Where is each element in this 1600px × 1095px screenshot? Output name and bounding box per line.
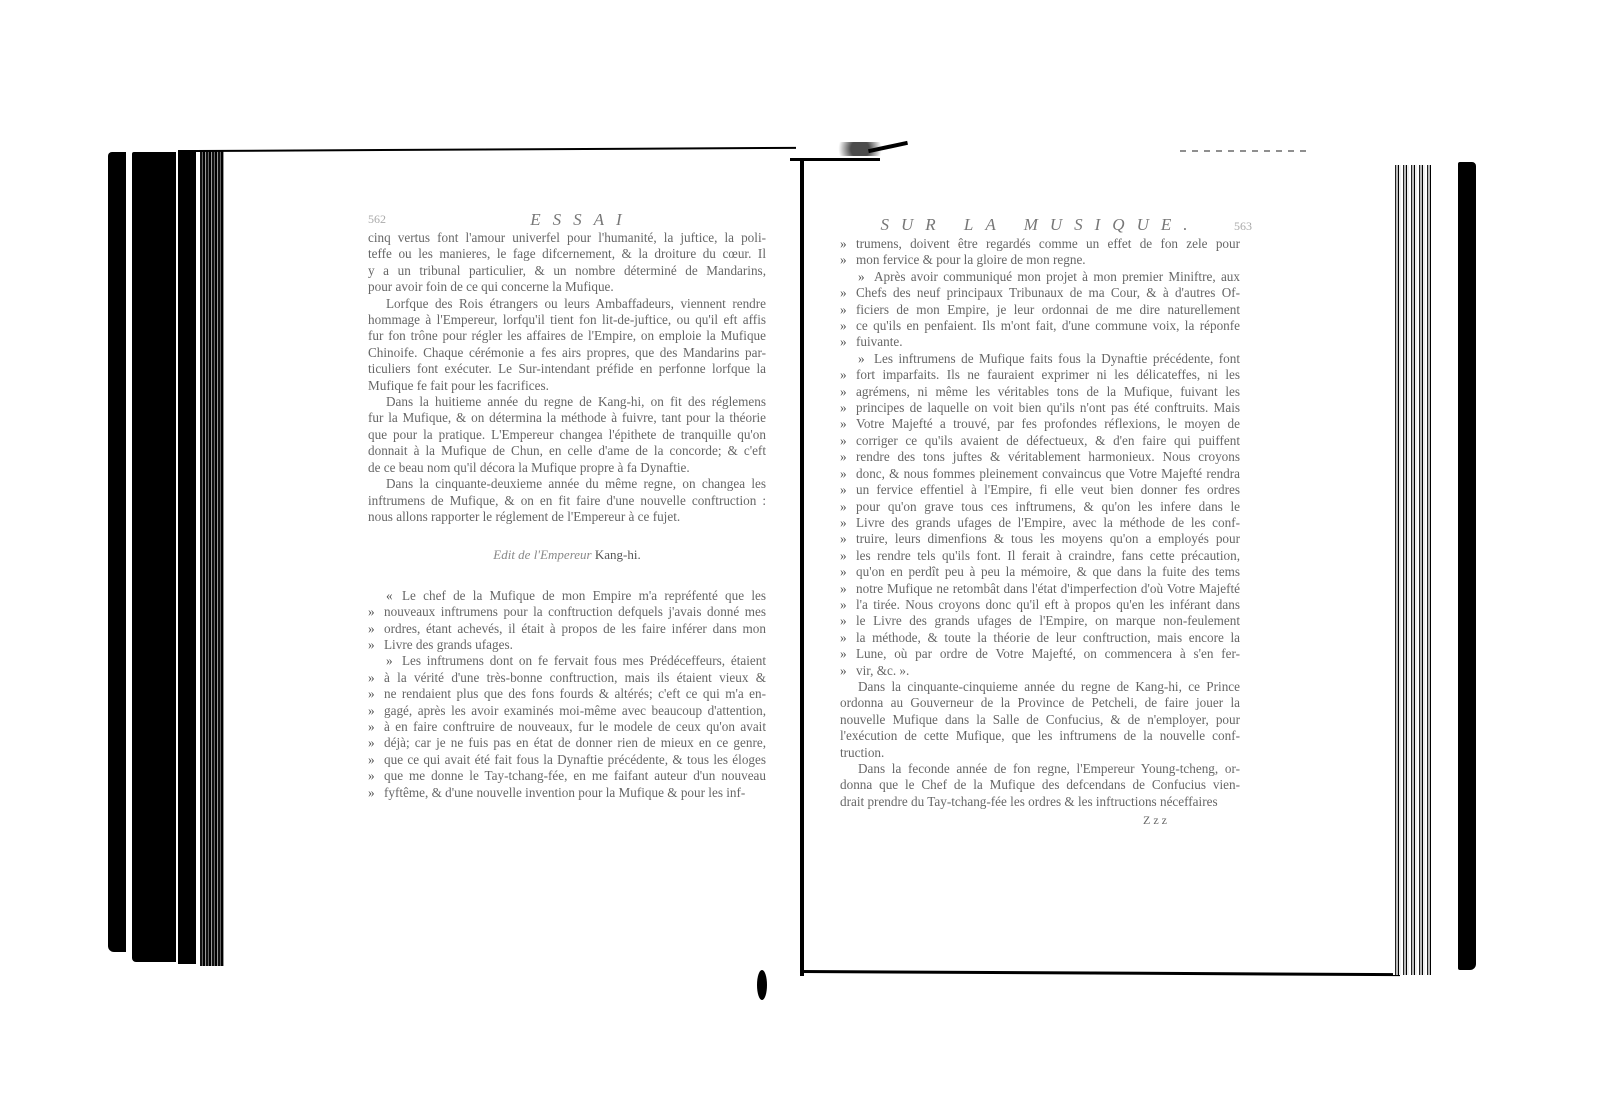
quoted-line: »Votre Majefté a trouvé, par fes profond… <box>840 416 1240 432</box>
guillemet: » <box>858 351 874 367</box>
quoted-line: »la méthode, & toute la théorie de leur … <box>840 630 1240 646</box>
text-line: que pour la pratique. L'Empereur changea… <box>368 427 766 443</box>
text-line: Dans la cinquante-deuxieme année du même… <box>368 476 766 492</box>
guillemet: » <box>840 597 856 613</box>
text-line: ordonna au Gouverneur de la Province de … <box>840 695 1240 711</box>
left-page-header: 562 ESSAI <box>368 210 766 230</box>
guillemet: » <box>368 719 384 735</box>
quoted-paragraph: »trumens, doivent être regardés comme un… <box>840 236 1240 269</box>
guillemet: » <box>840 499 856 515</box>
quoted-line: »Livre des grands ufages. <box>368 637 766 653</box>
quoted-line: »à en faire conftruire de nouveaux, fur … <box>368 719 766 735</box>
quoted-line: »Les inftrumens de Mufique faits fous la… <box>840 351 1240 367</box>
edict-heading: Edit de l'Empereur Kang-hi. <box>368 547 766 563</box>
guillemet: » <box>840 318 856 334</box>
quoted-text: fuivante. <box>856 334 903 349</box>
quoted-text: Les inftrumens dont on fe fervait fous m… <box>402 653 766 668</box>
quoted-text: un fervice effentiel à l'Empire, fi elle… <box>856 482 1240 497</box>
guillemet: » <box>840 466 856 482</box>
quoted-line: »Chefs des neuf principaux Tribunaux de … <box>840 285 1240 301</box>
text-line: nouvelle Mufique dans la Salle de Confuc… <box>840 712 1240 728</box>
quoted-line: »le Livre des grands ufages de l'Empire,… <box>840 613 1240 629</box>
quoted-text: nouveaux inftrumens pour la conftruction… <box>384 604 766 619</box>
quoted-text: les rendre tels qu'ils font. Il ferait à… <box>856 548 1240 563</box>
guillemet: » <box>840 531 856 547</box>
guillemet: » <box>840 302 856 318</box>
guillemet: » <box>840 581 856 597</box>
quoted-text: Chefs des neuf principaux Tribunaux de m… <box>856 285 1240 300</box>
guillemet: » <box>368 670 384 686</box>
quoted-paragraph: »Les inftrumens de Mufique faits fous la… <box>840 351 1240 679</box>
text-line: inftrumens de Mufique, & on en fit faire… <box>368 493 766 509</box>
text-line: Dans la huitieme année du regne de Kang-… <box>368 394 766 410</box>
quoted-text: donc, & nous fommes pleinement convaincu… <box>856 466 1240 481</box>
guillemet: » <box>386 653 402 669</box>
text-line: cinq vertus font l'amour univerfel pour … <box>368 230 766 246</box>
text-line: teffe ou les manieres, le fage difcernem… <box>368 246 766 262</box>
quoted-text: truire, leurs dimenfions & tous les moye… <box>856 531 1240 546</box>
page-number: 563 <box>1234 219 1252 234</box>
guillemet: » <box>840 236 856 252</box>
left-cover-edge <box>108 152 126 952</box>
quoted-text: Les inftrumens de Mufique faits fous la … <box>874 351 1240 366</box>
quoted-text: ne rendaient plus que des fons fourds & … <box>384 686 766 701</box>
guillemet: » <box>858 269 874 285</box>
quoted-line: »fort imparfaits. Ils ne fauraient expri… <box>840 367 1240 383</box>
guillemet: » <box>368 686 384 702</box>
quoted-text: Livre des grands ufages de l'Empire, ave… <box>856 515 1240 530</box>
right-cover-edge <box>1458 162 1476 970</box>
quoted-paragraph: «Le chef de la Mufique de mon Empire m'a… <box>368 588 766 654</box>
quoted-line: »vir, &c. ». <box>840 663 1240 679</box>
text-line: hommage à l'Empereur, lorfqu'il tient fo… <box>368 312 766 328</box>
quoted-line: »mon fervice & pour la gloire de mon reg… <box>840 252 1240 268</box>
guillemet: » <box>368 604 384 620</box>
quoted-line: »nouveaux inftrumens pour la conftructio… <box>368 604 766 620</box>
paragraph: Lorfque des Rois étrangers ou leurs Amba… <box>368 296 766 394</box>
paragraph: Dans la huitieme année du regne de Kang-… <box>368 394 766 476</box>
quoted-line: »agrémens, ni même les véritables tons d… <box>840 384 1240 400</box>
quoted-text: principes de laquelle on voit bien qu'il… <box>856 400 1240 415</box>
guillemet: » <box>368 621 384 637</box>
guillemet: » <box>840 613 856 629</box>
quoted-paragraph: »Après avoir communiqué mon projet à mon… <box>840 269 1240 351</box>
quoted-line: »donc, & nous fommes pleinement convainc… <box>840 466 1240 482</box>
left-page-body: cinq vertus font l'amour univerfel pour … <box>368 230 766 801</box>
quoted-text: Livre des grands ufages. <box>384 637 513 652</box>
quoted-line: »l'a tirée. Nous croyons donc qu'il eft … <box>840 597 1240 613</box>
guillemet: » <box>368 785 384 801</box>
quoted-text: Votre Majefté a trouvé, par fes profonde… <box>856 416 1240 431</box>
quoted-text: ordres, étant achevés, il était à propos… <box>384 621 766 636</box>
guillemet: » <box>368 703 384 719</box>
right-page-body: »trumens, doivent être regardés comme un… <box>840 236 1240 829</box>
right-page-gutter-edge <box>800 158 804 976</box>
edict-heading-prefix: Edit de l'Empereur <box>493 547 595 562</box>
quoted-line: »les rendre tels qu'ils font. Il ferait … <box>840 548 1240 564</box>
quoted-text: Le chef de la Mufique de mon Empire m'a … <box>402 588 766 603</box>
quoted-text: à la vérité d'une très-bonne conftructio… <box>384 670 766 685</box>
text-line: y a un tribunal particulier, & un nombre… <box>368 263 766 279</box>
quoted-line: »Les inftrumens dont on fe fervait fous … <box>368 653 766 669</box>
text-line: donna que le Chef de la Mufique des defc… <box>840 777 1240 793</box>
quoted-line: «Le chef de la Mufique de mon Empire m'a… <box>368 588 766 604</box>
paragraph: Dans la feconde année de fon regne, l'Em… <box>840 761 1240 810</box>
text-line: fur fon trône pour régler les affaires d… <box>368 328 766 344</box>
paragraph: Dans la cinquante-deuxieme année du même… <box>368 476 766 525</box>
guillemet: » <box>368 768 384 784</box>
quoted-text: le Livre des grands ufages de l'Empire, … <box>856 613 1240 628</box>
quoted-text: déjà; car je ne fuis pas en état de donn… <box>384 735 766 750</box>
quoted-line: »déjà; car je ne fuis pas en état de don… <box>368 735 766 751</box>
right-page-header: SUR LA MUSIQUE. 563 <box>840 215 1240 235</box>
right-page-stack <box>1393 165 1431 975</box>
quoted-line: »que me donne le Tay-tchang-fée, en me f… <box>368 768 766 784</box>
guillemet: » <box>840 384 856 400</box>
quoted-text: notre Mufique ne retombât dans l'état d'… <box>856 581 1240 596</box>
quoted-text: trumens, doivent être regardés comme un … <box>856 236 1240 251</box>
guillemet: » <box>840 285 856 301</box>
text-line: fur la Mufique, & on détermina la méthod… <box>368 410 766 426</box>
guillemet: » <box>840 482 856 498</box>
left-binding-strip <box>178 150 196 964</box>
quoted-text: rendre des tons juftes & véritablement h… <box>856 449 1240 464</box>
quoted-line: »fuivante. <box>840 334 1240 350</box>
quoted-text: gagé, après les avoir examinés moi-même … <box>384 703 766 718</box>
guillemet: » <box>368 735 384 751</box>
quoted-text: à en faire conftruire de nouveaux, fur l… <box>384 719 766 734</box>
guillemet: » <box>840 334 856 350</box>
quoted-text: Après avoir communiqué mon projet à mon … <box>874 269 1240 284</box>
text-line: Lorfque des Rois étrangers ou leurs Amba… <box>368 296 766 312</box>
quoted-text: vir, &c. ». <box>856 663 909 678</box>
quoted-paragraph: »Les inftrumens dont on fe fervait fous … <box>368 653 766 801</box>
edict-heading-name: Kang-hi. <box>595 547 641 562</box>
guillemet: » <box>840 433 856 449</box>
guillemet: » <box>368 752 384 768</box>
text-line: pour avoir foin de ce qui concerne la Mu… <box>368 279 766 295</box>
text-line: donnait à la Mufique de Chun, en celle d… <box>368 443 766 459</box>
quoted-text: corriger ce qu'ils avaient de défectueux… <box>856 433 1240 448</box>
quoted-text: agrémens, ni même les véritables tons de… <box>856 384 1240 399</box>
quoted-line: »trumens, doivent être regardés comme un… <box>840 236 1240 252</box>
quoted-line: »pour qu'on grave tous ces inftrumens, &… <box>840 499 1240 515</box>
guillemet: » <box>840 515 856 531</box>
quoted-line: »Livre des grands ufages de l'Empire, av… <box>840 515 1240 531</box>
quoted-line: »gagé, après les avoir examinés moi-même… <box>368 703 766 719</box>
text-line: nous allons rapporter le réglement de l'… <box>368 509 766 525</box>
quoted-line: »rendre des tons juftes & véritablement … <box>840 449 1240 465</box>
guillemet: » <box>840 646 856 662</box>
quoted-line: »à la vérité d'une très-bonne conftructi… <box>368 670 766 686</box>
text-line: Mufique fe fait pour les facrifices. <box>368 378 766 394</box>
quoted-text: mon fervice & pour la gloire de mon regn… <box>856 252 1086 267</box>
text-line: ticuliers font exécuter. Le Sur-intendan… <box>368 361 766 377</box>
quoted-text: que ce qui avait été fait fous la Dynaft… <box>384 752 766 767</box>
text-line: Dans la feconde année de fon regne, l'Em… <box>840 761 1240 777</box>
guillemet: » <box>840 367 856 383</box>
text-line: Chinoife. Chaque cérémonie a fes airs pr… <box>368 345 766 361</box>
right-page-top-edge <box>790 158 880 161</box>
quoted-text: ficiers de mon Empire, je leur ordonnai … <box>856 302 1240 317</box>
text-line: Dans la cinquante-cinquieme année du reg… <box>840 679 1240 695</box>
quoted-text: qu'on en perdît peu à peu la mémoire, & … <box>856 564 1240 579</box>
quoted-line: »Après avoir communiqué mon projet à mon… <box>840 269 1240 285</box>
text-line: drait prendre du Tay-tchang-fée les ordr… <box>840 794 1240 810</box>
ink-blot <box>757 970 767 1000</box>
guillemet: » <box>840 400 856 416</box>
quoted-line: »que ce qui avait été fait fous la Dynaf… <box>368 752 766 768</box>
paragraph: cinq vertus font l'amour univerfel pour … <box>368 230 766 296</box>
guillemet: « <box>386 588 402 604</box>
guillemet: » <box>840 564 856 580</box>
guillemet: » <box>840 416 856 432</box>
quoted-text: Lune, où par ordre de Votre Majefté, on … <box>856 646 1240 661</box>
text-line: l'exécution de cette Mufique, que les in… <box>840 728 1240 744</box>
quoted-line: »ordres, étant achevés, il était à propo… <box>368 621 766 637</box>
quoted-text: que me donne le Tay-tchang-fée, en me fa… <box>384 768 766 783</box>
quoted-text: fyftême, & d'une nouvelle invention pour… <box>384 785 745 800</box>
text-line: de ce beau nom qu'il décora la Mufique p… <box>368 460 766 476</box>
quoted-line: »un fervice effentiel à l'Empire, fi ell… <box>840 482 1240 498</box>
guillemet: » <box>840 663 856 679</box>
guillemet: » <box>840 630 856 646</box>
guillemet: » <box>840 252 856 268</box>
quoted-line: »principes de laquelle on voit bien qu'i… <box>840 400 1240 416</box>
guillemet: » <box>840 449 856 465</box>
paragraph: Dans la cinquante-cinquieme année du reg… <box>840 679 1240 761</box>
quoted-text: la méthode, & toute la théorie de leur c… <box>856 630 1240 645</box>
page-number: 562 <box>368 212 386 227</box>
quoted-text: ce qu'ils en penfaient. Ils m'ont fait, … <box>856 318 1240 333</box>
quoted-text: fort imparfaits. Ils ne fauraient exprim… <box>856 367 1240 382</box>
running-head: ESSAI <box>368 210 766 230</box>
quoted-line: »corriger ce qu'ils avaient de défectueu… <box>840 433 1240 449</box>
quoted-line: »Lune, où par ordre de Votre Majefté, on… <box>840 646 1240 662</box>
quoted-line: »truire, leurs dimenfions & tous les moy… <box>840 531 1240 547</box>
left-page-stack <box>200 150 224 966</box>
quoted-line: »ne rendaient plus que des fons fourds &… <box>368 686 766 702</box>
quoted-text: l'a tirée. Nous croyons donc qu'il eft à… <box>856 597 1240 612</box>
guillemet: » <box>368 637 384 653</box>
quoted-line: »fyftême, & d'une nouvelle invention pou… <box>368 785 766 801</box>
faint-top-edge <box>1180 150 1310 152</box>
quoted-text: pour qu'on grave tous ces inftrumens, & … <box>856 499 1240 514</box>
quoted-line: »ce qu'ils en penfaient. Ils m'ont fait,… <box>840 318 1240 334</box>
left-binding <box>132 152 176 962</box>
quoted-line: »qu'on en perdît peu à peu la mémoire, &… <box>840 564 1240 580</box>
signature-mark: Zzz <box>840 812 1240 828</box>
quoted-line: »notre Mufique ne retombât dans l'état d… <box>840 581 1240 597</box>
running-head: SUR LA MUSIQUE. <box>840 215 1240 235</box>
text-line: truction. <box>840 745 1240 761</box>
quoted-line: »ficiers de mon Empire, je leur ordonnai… <box>840 302 1240 318</box>
guillemet: » <box>840 548 856 564</box>
